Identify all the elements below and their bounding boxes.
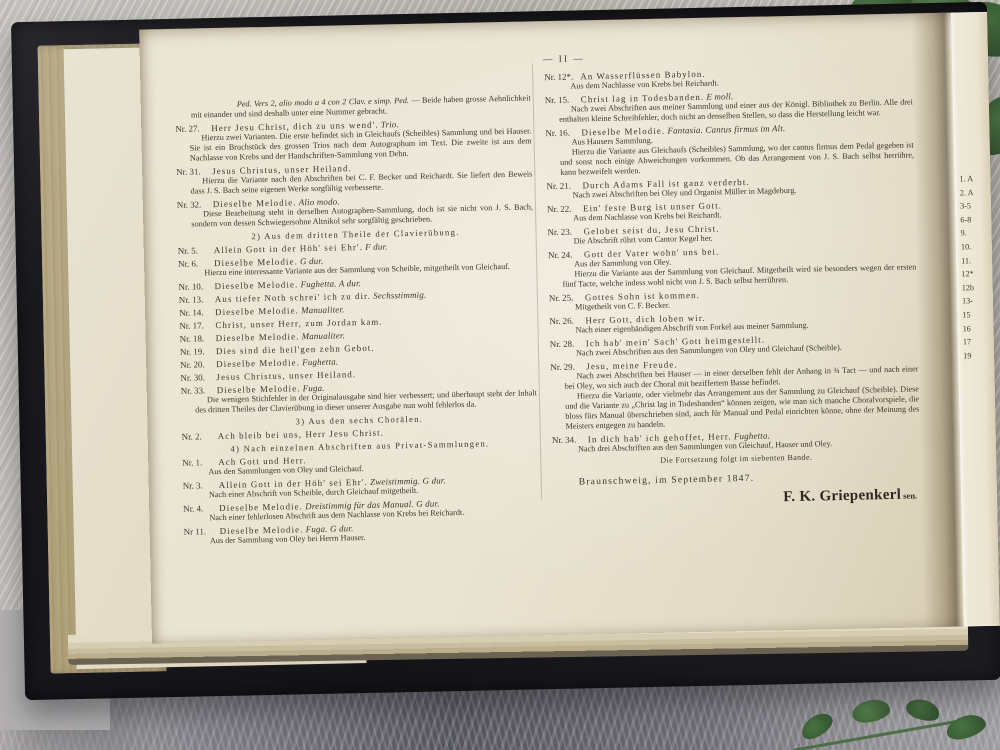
entry-note: E moll. — [706, 91, 733, 102]
entry-number: Nr. 26. — [549, 315, 585, 326]
entry-note: Manualiter. — [301, 304, 345, 315]
entry-title: Allein Gott in der Höh' sei Ehr'. — [214, 241, 363, 254]
edge-number: 17 — [963, 335, 997, 349]
entry-number: Nr. 2. — [182, 431, 218, 442]
entry-detail: Hierzu die Variante, oder vielmehr das A… — [565, 384, 920, 431]
entry-title: Gott der Vater wohn' uns bei. — [584, 246, 720, 259]
entry-number: Nr. 16. — [545, 127, 581, 138]
entry-number: Nr. 10. — [178, 281, 214, 292]
entry-number: Nr. 1. — [182, 457, 218, 468]
entry-note: Fantasia. Cantus firmus im Alt. — [667, 123, 785, 135]
edge-number: 10. — [961, 240, 995, 254]
entry-note: G dur. — [300, 255, 324, 265]
edge-number: 1. A — [959, 172, 993, 186]
entry-number: Nr. 29. — [550, 361, 586, 372]
entry-note: Manualiter. — [302, 330, 346, 341]
entry-number: Nr. 24. — [548, 249, 584, 260]
entry-number: Nr. 33. — [181, 385, 217, 396]
edge-number: 19 — [963, 348, 997, 362]
edge-number: 9. — [960, 226, 994, 240]
entry-number: Nr. 32. — [177, 199, 213, 210]
signature-suffix: sen. — [903, 490, 917, 500]
entry-number: Nr. 12*. — [544, 71, 580, 82]
entry-title: Gottes Sohn ist kommen. — [585, 289, 700, 301]
entry-number: Nr. 31. — [176, 166, 212, 177]
entry-title: Dieselbe Melodie. — [214, 279, 298, 291]
entry-note: Sechsstimmig. — [373, 289, 426, 300]
entry-number: Nr. 23. — [547, 226, 583, 237]
entry-note: Fughetta. — [734, 430, 770, 441]
entry-number: Nr. 30. — [180, 372, 216, 383]
entry-note: Fughetta. — [302, 356, 338, 367]
entry-title: Dieselbe Melodie. — [215, 305, 299, 317]
entry-number: Nr. 18. — [180, 333, 216, 344]
entry-title: Dieselbe Melodie. — [216, 331, 300, 343]
edge-number: 3-5 — [960, 199, 994, 213]
entry-note: Fuga. G dur. — [306, 523, 354, 534]
entry-number: Nr. 14. — [179, 307, 215, 318]
entry-number: Nr. 34. — [552, 434, 588, 445]
entry-number: Nr. 3. — [183, 480, 219, 491]
entry-number: Nr. 19. — [180, 346, 216, 357]
edge-number: 15 — [962, 308, 996, 322]
entry-title: Ach bleib bei uns, Herr Jesu Christ. — [218, 427, 384, 440]
edge-number: 11. — [961, 253, 995, 267]
edge-number: 16 — [962, 321, 996, 335]
book: — II — Ped. Vers 2, alio modo a 4 con 2 … — [11, 2, 1000, 700]
signature-line: F. K. Griepenkerl sen. — [553, 489, 921, 509]
dateline: Braunschweig, im September 1847. — [579, 470, 921, 487]
italic-lead: Ped. Vers 2, alio modo a 4 con 2 Clav. e… — [237, 96, 409, 109]
entry-title: Dieselbe Melodie. — [216, 357, 300, 369]
entry-number: Nr. 21. — [546, 180, 582, 191]
open-page[interactable]: — II — Ped. Vers 2, alio modo a 4 con 2 … — [139, 12, 1000, 644]
entry-detail: Hierzu zwei Varianten. Die erste befinde… — [189, 126, 532, 163]
entry-number: Nr. 4. — [183, 503, 219, 514]
entry-number: Nr. 20. — [180, 359, 216, 370]
photo-of-open-book: — II — Ped. Vers 2, alio modo a 4 con 2 … — [0, 0, 1000, 750]
entry-number: Nr. 15. — [545, 94, 581, 105]
entry-note: F dur. — [365, 241, 388, 251]
left-text-column: Ped. Vers 2, alio modo a 4 con 2 Clav. e… — [175, 93, 540, 546]
entry-title: Dies sind die heil'gen zehn Gebot. — [216, 342, 375, 355]
entry-number: Nr 11. — [184, 526, 220, 537]
edge-number: 6-8 — [960, 213, 994, 227]
entry-note: Trio. — [381, 119, 399, 129]
entry-note: Zweistimmig. G dur. — [370, 475, 446, 487]
edge-number: 2. A — [960, 185, 994, 199]
entry-detail: Hierzu die Variante aus Gleichaufs (Sche… — [560, 140, 915, 177]
edge-number: 12b — [962, 280, 996, 294]
right-text-column: Nr. 12*.An Wasserflüssen Babylon.Aus dem… — [544, 61, 921, 509]
entry-number: Nr. 6. — [178, 258, 214, 269]
entry-number: Nr. 5. — [178, 245, 214, 256]
entry-note: Alio modo. — [299, 196, 340, 207]
entry-number: Nr. 28. — [550, 338, 586, 349]
edge-number: 13- — [962, 294, 996, 308]
entry-number: Nr. 13. — [179, 294, 215, 305]
entry-title: Christ, unser Herr, zum Jordan kam. — [215, 316, 382, 330]
entry-note: Fuga. — [303, 382, 325, 392]
edge-number: 12* — [961, 267, 995, 281]
entry-number: Nr. 25. — [549, 292, 585, 303]
entry-number: Nr. 17. — [179, 320, 215, 331]
entry-title: Aus tiefer Noth schrei' ich zu dir. — [215, 290, 371, 303]
entry-number: Nr. 22. — [547, 203, 583, 214]
entry-note: Fughetta. A dur. — [300, 278, 361, 289]
signature-name: F. K. Griepenkerl — [783, 487, 901, 505]
entry-number: Nr. 27. — [175, 123, 211, 134]
entry-title: Jesus Christus, unser Heiland. — [216, 369, 356, 382]
